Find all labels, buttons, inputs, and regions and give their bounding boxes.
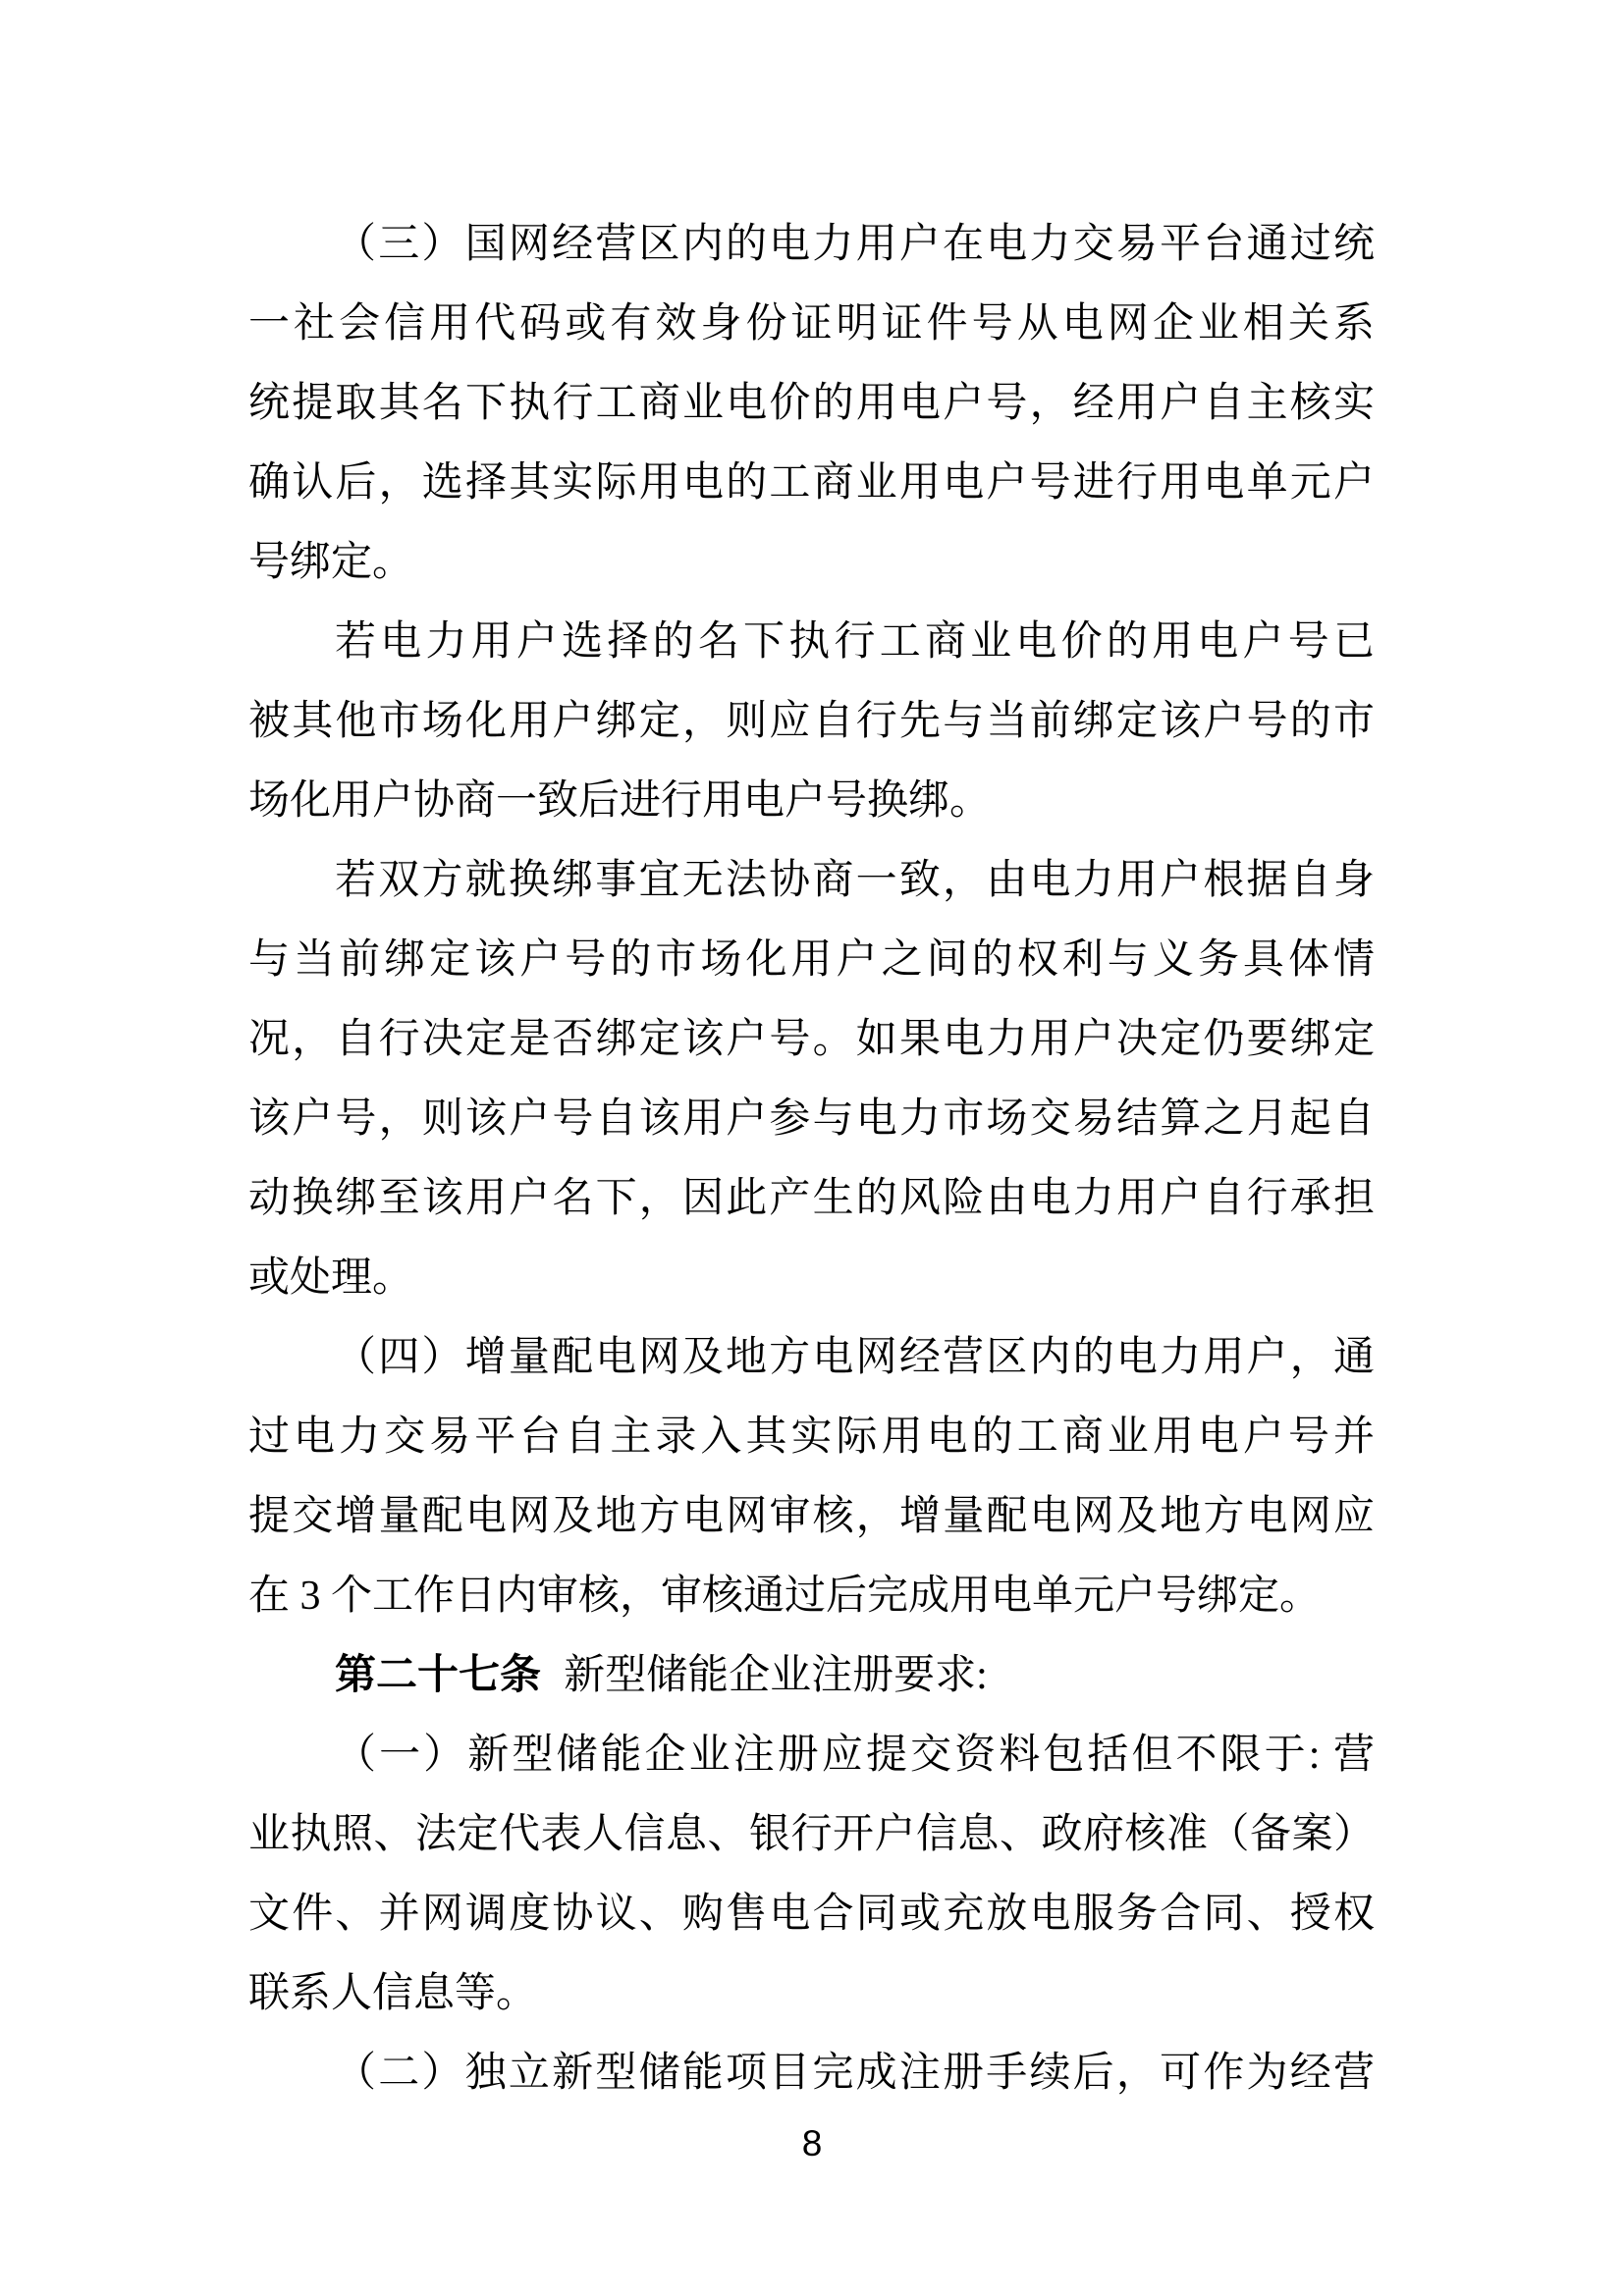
text-line: 文件、并网调度协议、购售电合同或充放电服务合同、授权 bbox=[248, 1875, 1375, 1954]
text-line: 况，自行决定是否绑定该户号。如果电力用户决定仍要绑定 bbox=[248, 1000, 1375, 1080]
text-line: 与当前绑定该户号的市场化用户之间的权利与义务具体情 bbox=[248, 921, 1375, 1000]
text-line: 场化用户协商一致后进行用电户号换绑。 bbox=[248, 762, 1375, 841]
text-line: 统提取其名下执行工商业电价的用电户号，经用户自主核实 bbox=[248, 364, 1375, 444]
text-line: 被其他市场化用户绑定，则应自行先与当前绑定该户号的市 bbox=[248, 682, 1375, 762]
text-line: （四）增量配电网及地方电网经营区内的电力用户，通 bbox=[248, 1318, 1375, 1398]
text-line: （一）新型储能企业注册应提交资料包括但不限于: 营 bbox=[248, 1716, 1375, 1795]
document-body: （三）国网经营区内的电力用户在电力交易平台通过统一社会信用代码或有效身份证明证件… bbox=[248, 205, 1375, 2113]
article-title: 新型储能企业注册要求: bbox=[564, 1653, 988, 1698]
text-line: 过电力交易平台自主录入其实际用电的工商业用电户号并 bbox=[248, 1398, 1375, 1477]
article-number: 第二十七条 bbox=[335, 1653, 541, 1698]
text-line: 提交增量配电网及地方电网审核，增量配电网及地方电网应 bbox=[248, 1477, 1375, 1557]
text-line: 若电力用户选择的名下执行工商业电价的用电户号已 bbox=[248, 603, 1375, 682]
page-number: 8 bbox=[802, 2123, 823, 2163]
text-line: 若双方就换绑事宜无法协商一致，由电力用户根据自身 bbox=[248, 841, 1375, 921]
text-line: （二）独立新型储能项目完成注册手续后，可作为经营 bbox=[248, 2034, 1375, 2113]
text-line: 动换绑至该用户名下，因此产生的风险由电力用户自行承担 bbox=[248, 1159, 1375, 1239]
text-line: 确认后，选择其实际用电的工商业用电户号进行用电单元户 bbox=[248, 444, 1375, 523]
text-line: 号绑定。 bbox=[248, 523, 1375, 603]
text-line: 或处理。 bbox=[248, 1239, 1375, 1318]
text-line: 业执照、法定代表人信息、银行开户信息、政府核准（备案） bbox=[248, 1795, 1375, 1875]
text-line: 联系人信息等。 bbox=[248, 1954, 1375, 2034]
text-line: 该户号，则该户号自该用户参与电力市场交易结算之月起自 bbox=[248, 1080, 1375, 1159]
page-footer: 8 bbox=[0, 2123, 1624, 2164]
text-line: 第二十七条新型储能企业注册要求: bbox=[248, 1636, 1375, 1716]
text-line: 在 3 个工作日内审核，审核通过后完成用电单元户号绑定。 bbox=[248, 1557, 1375, 1636]
document-page: （三）国网经营区内的电力用户在电力交易平台通过统一社会信用代码或有效身份证明证件… bbox=[0, 0, 1624, 2296]
text-line: 一社会信用代码或有效身份证明证件号从电网企业相关系 bbox=[248, 285, 1375, 364]
text-line: （三）国网经营区内的电力用户在电力交易平台通过统 bbox=[248, 205, 1375, 285]
